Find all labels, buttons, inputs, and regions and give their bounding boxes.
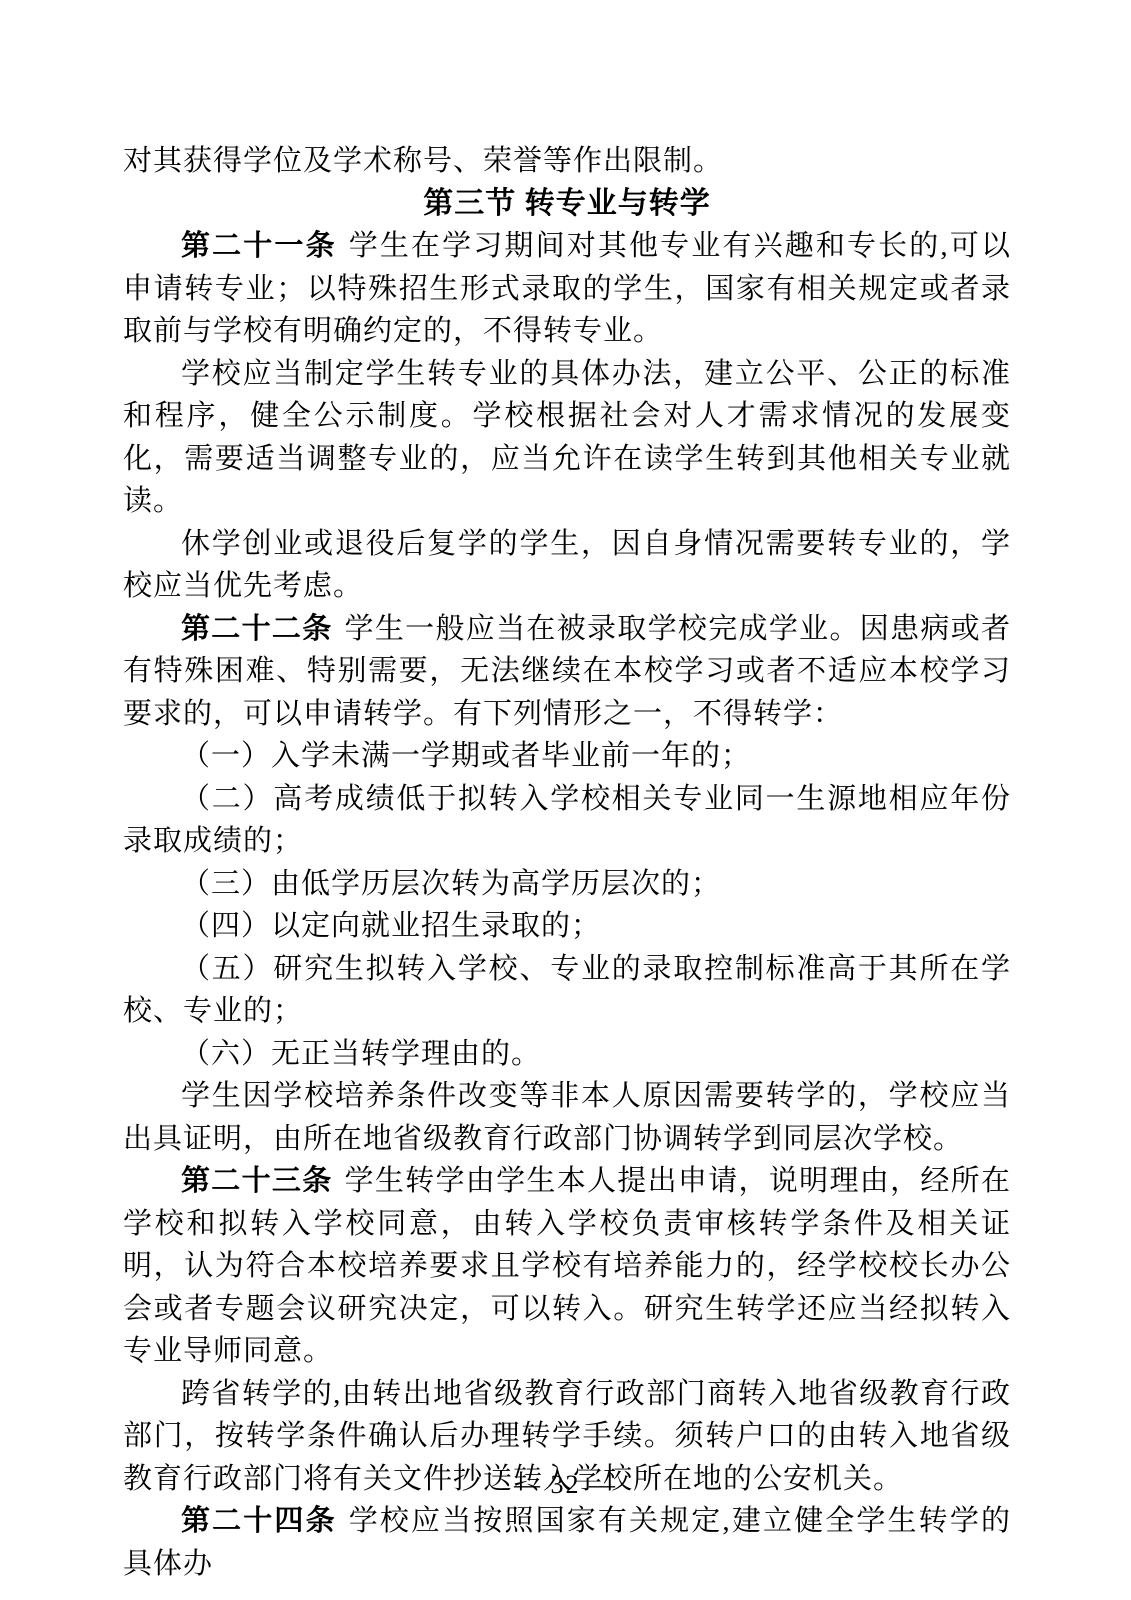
page-number: — 32 — bbox=[514, 1470, 617, 1499]
article-number: 第二十一条 bbox=[181, 230, 337, 262]
body-paragraph: （四）以定向就业招生录取的； bbox=[123, 905, 1011, 948]
body-paragraph: 学校应当制定学生转专业的具体办法，建立公平、公正的标准和程序，健全公示制度。学校… bbox=[123, 353, 1011, 523]
page-footer: — 32 — bbox=[0, 1468, 1131, 1502]
article-paragraph: 第二十三条学生转学由学生本人提出申请，说明理由，经所在学校和拟转入学校同意，由转… bbox=[123, 1160, 1011, 1373]
body-paragraph: （五）研究生拟转入学校、专业的录取控制标准高于其所在学校、专业的； bbox=[123, 948, 1011, 1033]
article-number: 第二十四条 bbox=[181, 1505, 337, 1537]
article-paragraph: 第二十二条学生一般应当在被录取学校完成学业。因患病或者有特殊困难、特别需要，无法… bbox=[123, 608, 1011, 736]
article-paragraph: 第二十四条学校应当按照国家有关规定,建立健全学生转学的具体办 bbox=[123, 1500, 1011, 1585]
article-paragraph: 第二十一条学生在学习期间对其他专业有兴趣和专长的,可以申请转专业；以特殊招生形式… bbox=[123, 225, 1011, 353]
paragraph-continuation: 对其获得学位及学术称号、荣誉等作出限制。 bbox=[123, 140, 1011, 183]
body-paragraph: （一）入学未满一学期或者毕业前一年的； bbox=[123, 735, 1011, 778]
body-paragraph: （二）高考成绩低于拟转入学校相关专业同一生源地相应年份录取成绩的； bbox=[123, 778, 1011, 863]
body-paragraph: 休学创业或退役后复学的学生，因自身情况需要转专业的，学校应当优先考虑。 bbox=[123, 523, 1011, 608]
body-paragraph: 学生因学校培养条件改变等非本人原因需要转学的，学校应当出具证明，由所在地省级教育… bbox=[123, 1075, 1011, 1160]
body-paragraph: （三）由低学历层次转为高学历层次的； bbox=[123, 863, 1011, 906]
body-paragraph: （六）无正当转学理由的。 bbox=[123, 1033, 1011, 1076]
document-page: 对其获得学位及学术称号、荣誉等作出限制。 第三节 转专业与转学 第二十一条学生在… bbox=[0, 0, 1131, 1600]
article-number: 第二十三条 bbox=[181, 1165, 333, 1197]
article-number: 第二十二条 bbox=[181, 613, 333, 645]
paragraph-list: 第二十一条学生在学习期间对其他专业有兴趣和专长的,可以申请转专业；以特殊招生形式… bbox=[123, 225, 1011, 1585]
section-heading: 第三节 转专业与转学 bbox=[123, 183, 1011, 226]
document-content: 对其获得学位及学术称号、荣誉等作出限制。 第三节 转专业与转学 第二十一条学生在… bbox=[123, 140, 1011, 1585]
